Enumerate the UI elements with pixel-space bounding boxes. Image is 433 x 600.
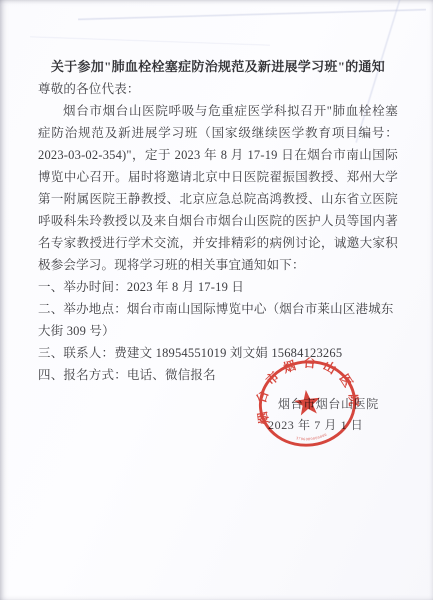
paper-crease bbox=[78, 8, 426, 21]
seal-arc-text: 烟台市烟台山医院 bbox=[251, 352, 364, 427]
notice-item-venue: 二、举办地点：烟台市南山国际博览中心（烟台市莱山区港城东大街 309 号） bbox=[38, 298, 398, 342]
salutation: 尊敬的各位代表： bbox=[38, 78, 398, 100]
notice-document: 关于参加"肺血栓栓塞症防治规范及新进展学习班"的通知 尊敬的各位代表： 烟台市烟… bbox=[0, 0, 433, 600]
paper-crease bbox=[30, 36, 270, 46]
seal-star-icon bbox=[293, 388, 322, 416]
notice-body: 关于参加"肺血栓栓塞症防治规范及新进展学习班"的通知 尊敬的各位代表： 烟台市烟… bbox=[38, 56, 398, 386]
body-paragraph: 烟台市烟台山医院呼吸与危重症医学科拟召开"肺血栓栓塞症防治规范及新进展学习班（国… bbox=[38, 100, 398, 276]
official-seal: 烟台市烟台山医院 3706000000000 bbox=[251, 352, 364, 455]
notice-title: 关于参加"肺血栓栓塞症防治规范及新进展学习班"的通知 bbox=[38, 56, 398, 78]
notice-item-time: 一、举办时间：2023 年 8 月 17-19 日 bbox=[38, 276, 398, 298]
